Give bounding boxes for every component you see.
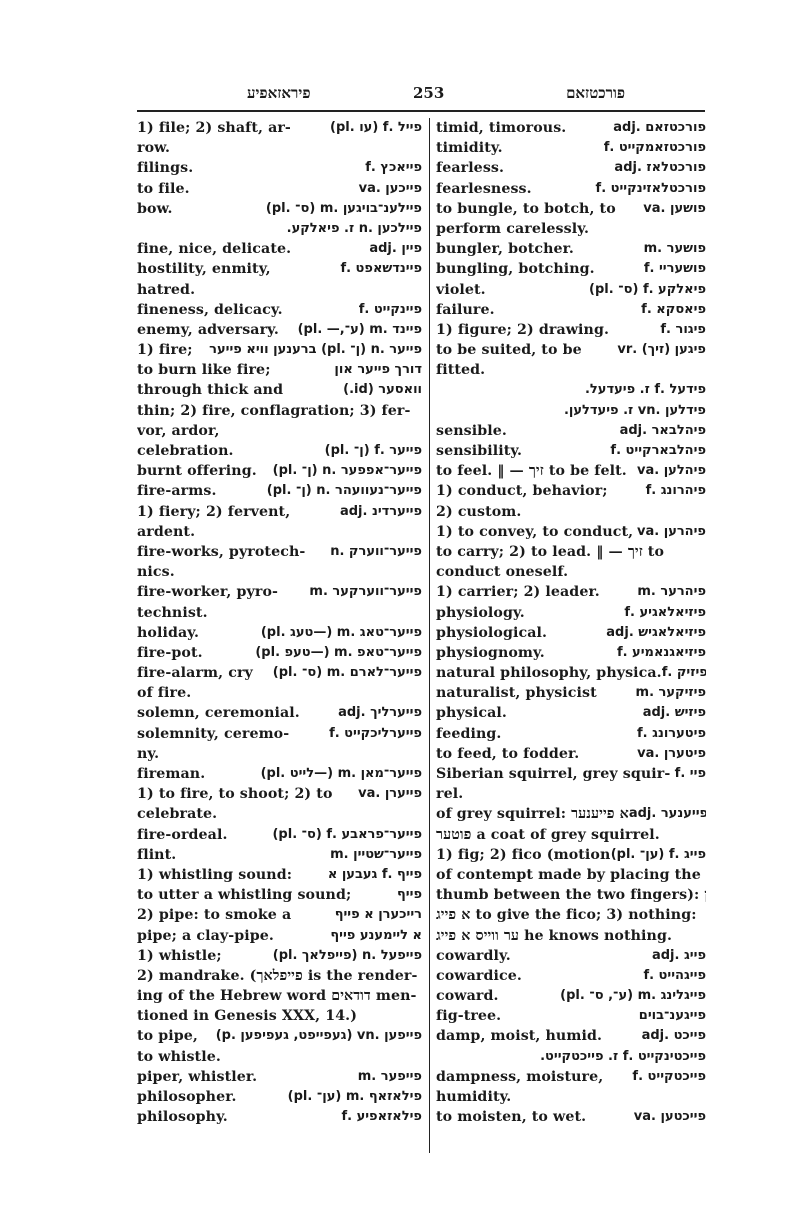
yiddish-headword: פיזיאלאגיע .f <box>624 603 706 623</box>
yiddish-headword: פייפער .m <box>358 1067 422 1087</box>
english-gloss: burnt offering. <box>137 461 257 481</box>
yiddish-headword: פיזיאגנאמיע .f <box>617 643 706 663</box>
dictionary-entry-line: violet.פיאלקע .f (ס־ .pl) <box>436 280 706 300</box>
english-gloss: physical. <box>436 703 507 723</box>
yiddish-headword: פייער־נעוועהר .n (ן־ .pl) <box>267 481 422 501</box>
english-gloss: 1) to convey, to conduct, <box>436 522 633 542</box>
yiddish-headword: פייער־פראבע .f (ס־ .pl) <box>272 825 422 845</box>
english-gloss: philosopher. <box>137 1087 237 1107</box>
dictionary-entry-line: 2) custom. <box>436 502 706 522</box>
yiddish-headword: פיזיש .adj <box>643 703 706 723</box>
dictionary-entry-line: 1) to fire, to shoot; 2) toפייערן .va <box>137 784 422 804</box>
english-gloss: damp, moist, humid. <box>436 1026 602 1046</box>
dictionary-entry-line: celebrate. <box>137 804 422 824</box>
dictionary-entry-line: feeding.פיטערונג .f <box>436 724 706 744</box>
yiddish-headword: פיינד .m (ע־,— .pl) <box>298 320 422 340</box>
right-running-head: פורכטזאם <box>566 84 625 103</box>
yiddish-headword: פייער־ווערקער .m <box>309 582 422 602</box>
dictionary-entry-line: flint.פייער־שטיין .m <box>137 845 422 865</box>
page-header: פיראזאפיע 253 פורכטזאם <box>137 84 705 108</box>
yiddish-headword: פייגענ־בוים <box>639 1006 706 1026</box>
yiddish-headword: וואסער (id.) <box>343 380 422 400</box>
yiddish-headword: פיהלבארקייט .f <box>610 441 706 461</box>
dictionary-entry-line: through thick andוואסער (id.) <box>137 380 422 400</box>
dictionary-entry-line: of grey squirrel: א פייענערפייענער .adj <box>436 804 706 824</box>
english-gloss: 1) to fire, to shoot; 2) to <box>137 784 333 804</box>
yiddish-headword: פייג .adj <box>652 946 706 966</box>
english-gloss: bungler, botcher. <box>436 239 574 259</box>
page-number: 253 <box>413 84 444 102</box>
column-divider <box>429 118 430 1153</box>
english-gloss: failure. <box>436 300 495 320</box>
left-running-head: פיראזאפיע <box>247 84 311 103</box>
dictionary-entry-line: 1) file; 2) shaft, ar-פייל .f (עו .pl) <box>137 118 422 138</box>
yiddish-headword: פידעל .f ז. פיעדעל. <box>585 380 706 400</box>
yiddish-headword: פייכטינקייט .f ז. פייכטקייט. <box>540 1047 706 1067</box>
yiddish-headword: פייערן .va <box>358 784 422 804</box>
yiddish-headword: רייכערן א פייף <box>335 905 422 925</box>
english-gloss: 1) fire; <box>137 340 193 360</box>
dictionary-entry-line: of fire. <box>137 683 422 703</box>
english-gloss: solemn, ceremonial. <box>137 703 300 723</box>
dictionary-entry-line: fig-tree.פייגענ־בוים <box>436 1006 706 1026</box>
dictionary-entry-line: fearless.פורכטלאז .adj <box>436 158 706 178</box>
english-gloss: cowardly. <box>436 946 511 966</box>
dictionary-entry-line: fine, nice, delicate.פיין .adj <box>137 239 422 259</box>
english-gloss: to feed, to fodder. <box>436 744 579 764</box>
dictionary-entry-line: ing of the Hebrew word דודאים men- <box>137 986 422 1006</box>
dictionary-entry-line: nics. <box>137 562 422 582</box>
english-gloss: fire-alarm, cry <box>137 663 253 683</box>
dictionary-entry-line: filings.פייאכץ .f <box>137 158 422 178</box>
yiddish-headword: פיינקייט .f <box>359 300 422 320</box>
english-gloss: to bungle, to botch, to <box>436 199 616 219</box>
dictionary-entry-line: fire-ordeal.פייער־פראבע .f (ס־ .pl) <box>137 825 422 845</box>
right-column: timid, timorous.פורכטזאם .adjtimidity.פו… <box>436 118 706 1127</box>
english-gloss: conduct oneself. <box>436 562 568 582</box>
yiddish-headword: פייפען .vn (געפייפט, געפיפען .p) <box>216 1026 422 1046</box>
dictionary-entry-line: philosopher.פילאזאף .m (ען־ .pl) <box>137 1087 422 1107</box>
yiddish-headword: פיילענ־בויגען .m (ס־ .pl) <box>266 199 422 219</box>
english-gloss: of fire. <box>137 683 191 703</box>
dictionary-entry-line: ardent. <box>137 522 422 542</box>
yiddish-headword: פורכטזאמקייט .f <box>604 138 706 158</box>
dictionary-entry-line: fire-arms.פייער־נעוועהר .n (ן־ .pl) <box>137 481 422 501</box>
dictionary-entry-line: to be suited, to beפיגען (זיך) .vr <box>436 340 706 360</box>
english-gloss: fearless. <box>436 158 504 178</box>
dictionary-entry-line: to moisten, to wet.פייכטען .va <box>436 1107 706 1127</box>
english-gloss: feeding. <box>436 724 501 744</box>
dictionary-entry-line: to burn like fire;דורך פייער און <box>137 360 422 380</box>
yiddish-headword: פושען .va <box>643 199 706 219</box>
dictionary-entry-line: solemn, ceremonial.פייערליך .adj <box>137 703 422 723</box>
dictionary-entry-line: to file.פייכען .va <box>137 179 422 199</box>
yiddish-headword: פייף <box>397 885 422 905</box>
english-gloss: natural philosophy, physica. <box>436 663 662 683</box>
english-gloss: 1) whistling sound: <box>137 865 292 885</box>
dictionary-entry-line: fire-pot.פייער־טאפ .m (—טעפ .pl) <box>137 643 422 663</box>
dictionary-entry-line: fire-worker, pyro-פייער־ווערקער .m <box>137 582 422 602</box>
english-gloss: physiological. <box>436 623 547 643</box>
english-gloss: to moisten, to wet. <box>436 1107 586 1127</box>
english-gloss: of grey squirrel: א פייענער <box>436 804 629 824</box>
dictionary-entry-line: to feel. ‖ — זיך to be felt.פיהלען .va <box>436 461 706 481</box>
dictionary-entry-line: timidity.פורכטזאמקייט .f <box>436 138 706 158</box>
dictionary-entry-line: 1) whistle;פייפעל .n (פייפלאך .pl) <box>137 946 422 966</box>
dictionary-page: פיראזאפיע 253 פורכטזאם 1) file; 2) shaft… <box>0 0 788 1217</box>
dictionary-entry-line: sensible.פיהלבאר .adj <box>436 421 706 441</box>
yiddish-headword: פייאכץ .f <box>365 158 422 178</box>
english-gloss: solemnity, ceremo- <box>137 724 289 744</box>
dictionary-entry-line: natural philosophy, physica.פיזיק .f <box>436 663 706 683</box>
dictionary-entry-line: 1) fire;פייער .n (ן־ .pl) ברענען וויא פי… <box>137 340 422 360</box>
yiddish-headword: פייגהייט .f <box>643 966 706 986</box>
yiddish-headword: פיאלקע .f (ס־ .pl) <box>589 280 706 300</box>
dictionary-entry-line: to whistle. <box>137 1047 422 1067</box>
yiddish-headword: פיטערונג .f <box>637 724 706 744</box>
yiddish-headword: פיהלען .va <box>637 461 706 481</box>
dictionary-entry-line: thin; 2) fire, conflagration; 3) fer- <box>137 401 422 421</box>
english-gloss: pipe; a clay-pipe. <box>137 926 274 946</box>
yiddish-headword: פייף .f געבען א <box>328 865 422 885</box>
dictionary-entry-line: fire-works, pyrotech-פייער־ווערק .n <box>137 542 422 562</box>
yiddish-headword: דורך פייער און <box>334 360 422 380</box>
english-gloss: physiognomy. <box>436 643 545 663</box>
dictionary-entry-line: 1) whistling sound:פייף .f געבען א <box>137 865 422 885</box>
dictionary-entry-line: humidity. <box>436 1087 706 1107</box>
english-gloss: naturalist, physicist <box>436 683 597 703</box>
english-gloss: ardent. <box>137 522 195 542</box>
yiddish-headword: פורכטלאזינקייט .f <box>596 179 706 199</box>
dictionary-entry-line: פידעל .f ז. פיעדעל. <box>436 380 706 400</box>
yiddish-headword: א ליימענע פייף <box>330 926 422 946</box>
yiddish-headword: פייער־טאפ .m (—טעפ .pl) <box>255 643 422 663</box>
dictionary-entry-line: 1) fig; 2) fico (motionפייג .f (ען־ .pl) <box>436 845 706 865</box>
english-gloss: humidity. <box>436 1087 511 1107</box>
dictionary-entry-line: thumb between the two fingers): געבען <box>436 885 706 905</box>
dictionary-entry-line: 1) to convey, to conduct,פיהרען .va <box>436 522 706 542</box>
yiddish-headword: פייער־אפפער .n (ן־ .pl) <box>273 461 422 481</box>
yiddish-headword: פיין .adj <box>369 239 422 259</box>
dictionary-entry-line: פייכטינקייט .f ז. פייכטקייט. <box>436 1047 706 1067</box>
dictionary-entry-line: burnt offering.פייער־אפפער .n (ן־ .pl) <box>137 461 422 481</box>
yiddish-headword: פייכט .adj <box>642 1026 706 1046</box>
yiddish-headword: פורכטלאז .adj <box>614 158 706 178</box>
yiddish-headword: פייער .n (ן־ .pl) ברענען וויא פייער <box>209 340 422 360</box>
dictionary-entry-line: bow.פיילענ־בויגען .m (ס־ .pl) <box>137 199 422 219</box>
english-gloss: perform carelessly. <box>436 219 589 239</box>
english-gloss: fire-arms. <box>137 481 217 501</box>
yiddish-headword: פייער־לארם .m (ס־ .pl) <box>273 663 422 683</box>
yiddish-headword: פיהרונג .f <box>646 481 706 501</box>
english-gloss: to carry; 2) to lead. ‖ — זיך to <box>436 542 664 562</box>
dictionary-entry-line: solemnity, ceremo-פייערליכקייט .f <box>137 724 422 744</box>
yiddish-headword: פייגלינג .m (ע־, ס־ .pl) <box>560 986 706 1006</box>
dictionary-entry-line: physical.פיזיש .adj <box>436 703 706 723</box>
dictionary-entry-line: פיילכען .n ז. פיאלקע. <box>137 219 422 239</box>
english-gloss: timidity. <box>436 138 503 158</box>
dictionary-entry-line: 2) pipe: to smoke aרייכערן א פייף <box>137 905 422 925</box>
yiddish-headword: פייג .f (ען־ .pl) <box>611 845 706 865</box>
english-gloss: fearlesness. <box>436 179 532 199</box>
dictionary-entry-line: row. <box>137 138 422 158</box>
english-gloss: through thick and <box>137 380 283 400</box>
yiddish-headword: פילאזאפיע .f <box>341 1107 422 1127</box>
english-gloss: nics. <box>137 562 175 582</box>
dictionary-entry-line: vor, ardor, <box>137 421 422 441</box>
dictionary-entry-line: coward.פייגלינג .m (ע־, ס־ .pl) <box>436 986 706 1006</box>
english-gloss: physiology. <box>436 603 525 623</box>
yiddish-headword: פידלען .vn ז. פיעדלען. <box>564 401 706 421</box>
yiddish-headword: פיאסקא .f <box>641 300 706 320</box>
yiddish-headword: פושעריי .f <box>644 259 706 279</box>
dictionary-entry-line: fearlesness.פורכטלאזינקייט .f <box>436 179 706 199</box>
dictionary-entry-line: 1) fiery; 2) fervent,פייערדינ .adj <box>137 502 422 522</box>
english-gloss: fine, nice, delicate. <box>137 239 291 259</box>
dictionary-entry-line: ny. <box>137 744 422 764</box>
english-gloss: fire-works, pyrotech- <box>137 542 305 562</box>
english-gloss: fireman. <box>137 764 205 784</box>
english-gloss: 1) carrier; 2) leader. <box>436 582 600 602</box>
yiddish-headword: פייערליכקייט .f <box>329 724 422 744</box>
dictionary-entry-line: 1) conduct, behavior;פיהרונג .f <box>436 481 706 501</box>
english-gloss: ny. <box>137 744 159 764</box>
header-rule <box>137 110 705 112</box>
dictionary-entry-line: 1) carrier; 2) leader.פיהרער .m <box>436 582 706 602</box>
yiddish-headword: פושער .m <box>644 239 706 259</box>
english-gloss: to be suited, to be <box>436 340 582 360</box>
english-gloss: tioned in Genesis XXX, 14.) <box>137 1006 357 1026</box>
dictionary-entry-line: to feed, to fodder.פיטערן .va <box>436 744 706 764</box>
dictionary-entry-line: Siberian squirrel, grey squir-פיי .f <box>436 764 706 784</box>
english-gloss: fire-ordeal. <box>137 825 228 845</box>
english-gloss: sensible. <box>436 421 507 441</box>
dictionary-entry-line: philosophy.פילאזאפיע .f <box>137 1107 422 1127</box>
english-gloss: to whistle. <box>137 1047 221 1067</box>
yiddish-headword: פיהרען .va <box>637 522 706 542</box>
dictionary-entry-line: to utter a whistling sound;פייף <box>137 885 422 905</box>
dictionary-entry-line: 2) mandrake. (פייפלאך is the render- <box>137 966 422 986</box>
english-gloss: ing of the Hebrew word דודאים men- <box>137 986 416 1006</box>
dictionary-entry-line: timid, timorous.פורכטזאם .adj <box>436 118 706 138</box>
dictionary-entry-line: פוטער a coat of grey squirrel. <box>436 825 706 845</box>
yiddish-headword: פיהרער .m <box>637 582 706 602</box>
english-gloss: sensibility. <box>436 441 522 461</box>
english-gloss: hatred. <box>137 280 195 300</box>
english-gloss: 1) whistle; <box>137 946 222 966</box>
yiddish-headword: פיילכען .n ז. פיאלקע. <box>287 219 422 239</box>
yiddish-headword: פיגור .f <box>660 320 706 340</box>
yiddish-headword: פייכטען .va <box>634 1107 706 1127</box>
english-gloss: fig-tree. <box>436 1006 501 1026</box>
yiddish-headword: פייערליך .adj <box>338 703 422 723</box>
dictionary-entry-line: of contempt made by placing the <box>436 865 706 885</box>
english-gloss: violet. <box>436 280 486 300</box>
yiddish-headword: פייער־טאג .m (—טעג .pl) <box>261 623 422 643</box>
dictionary-entry-line: א פייג to give the fico; 3) nothing: <box>436 905 706 925</box>
english-gloss: fire-worker, pyro- <box>137 582 278 602</box>
yiddish-headword: פורכטזאם .adj <box>613 118 706 138</box>
english-gloss: holiday. <box>137 623 199 643</box>
english-gloss: flint. <box>137 845 176 865</box>
english-gloss: cowardice. <box>436 966 522 986</box>
yiddish-headword: פייכטקייט .f <box>632 1067 706 1087</box>
dictionary-entry-line: sensibility.פיהלבארקייט .f <box>436 441 706 461</box>
yiddish-headword: פיי .f <box>675 764 706 784</box>
dictionary-entry-line: fitted. <box>436 360 706 380</box>
yiddish-headword: פיינדשאפט .f <box>340 259 422 279</box>
english-gloss: philosophy. <box>137 1107 228 1127</box>
dictionary-entry-line: hatred. <box>137 280 422 300</box>
dictionary-entry-line: physiognomy.פיזיאגנאמיע .f <box>436 643 706 663</box>
english-gloss: coward. <box>436 986 499 1006</box>
english-gloss: dampness, moisture, <box>436 1067 603 1087</box>
english-gloss: to burn like fire; <box>137 360 271 380</box>
english-gloss: enemy, adversary. <box>137 320 279 340</box>
english-gloss: of contempt made by placing the <box>436 865 701 885</box>
english-gloss: thin; 2) fire, conflagration; 3) fer- <box>137 401 410 421</box>
dictionary-entry-line: pipe; a clay-pipe.א ליימענע פייף <box>137 926 422 946</box>
dictionary-entry-line: fineness, delicacy.פיינקייט .f <box>137 300 422 320</box>
yiddish-headword: פייפעל .n (פייפלאך .pl) <box>273 946 422 966</box>
dictionary-entry-line: to carry; 2) to lead. ‖ — זיך to <box>436 542 706 562</box>
yiddish-headword: פייער־שטיין .m <box>330 845 422 865</box>
dictionary-entry-line: piper, whistler.פייפער .m <box>137 1067 422 1087</box>
english-gloss: 1) file; 2) shaft, ar- <box>137 118 291 138</box>
dictionary-entry-line: technist. <box>137 603 422 623</box>
dictionary-entry-line: 1) figure; 2) drawing.פיגור .f <box>436 320 706 340</box>
english-gloss: Siberian squirrel, grey squir- <box>436 764 670 784</box>
english-gloss: fineness, delicacy. <box>137 300 283 320</box>
english-gloss: timid, timorous. <box>436 118 566 138</box>
dictionary-entry-line: rel. <box>436 784 706 804</box>
dictionary-entry-line: tioned in Genesis XXX, 14.) <box>137 1006 422 1026</box>
english-gloss: to file. <box>137 179 190 199</box>
english-gloss: fitted. <box>436 360 485 380</box>
english-gloss: hostility, enmity, <box>137 259 271 279</box>
yiddish-headword: פייער־ווערק .n <box>330 542 422 562</box>
english-gloss: ער ווייס א פייג he knows nothing. <box>436 926 672 946</box>
dictionary-entry-line: fireman.פייער־מאן .m (—לייט .pl) <box>137 764 422 784</box>
dictionary-entry-line: naturalist, physicistפיזיקער .m <box>436 683 706 703</box>
english-gloss: row. <box>137 138 170 158</box>
yiddish-headword: פיזיקער .m <box>636 683 706 703</box>
yiddish-headword: פילאזאף .m (ען־ .pl) <box>288 1087 422 1107</box>
dictionary-entry-line: conduct oneself. <box>436 562 706 582</box>
english-gloss: 2) pipe: to smoke a <box>137 905 291 925</box>
dictionary-entry-line: damp, moist, humid.פייכט .adj <box>436 1026 706 1046</box>
dictionary-entry-line: celebration.פייער .f (ן־ .pl) <box>137 441 422 461</box>
dictionary-entry-line: enemy, adversary.פיינד .m (ע־,— .pl) <box>137 320 422 340</box>
english-gloss: rel. <box>436 784 463 804</box>
dictionary-entry-line: to bungle, to botch, toפושען .va <box>436 199 706 219</box>
yiddish-headword: פייל .f (עו .pl) <box>330 118 422 138</box>
english-gloss: 2) custom. <box>436 502 521 522</box>
english-gloss: vor, ardor, <box>137 421 220 441</box>
dictionary-entry-line: hostility, enmity,פיינדשאפט .f <box>137 259 422 279</box>
english-gloss: to utter a whistling sound; <box>137 885 351 905</box>
dictionary-entry-line: פידלען .vn ז. פיעדלען. <box>436 401 706 421</box>
yiddish-headword: פייער־מאן .m (—לייט .pl) <box>261 764 422 784</box>
english-gloss: פוטער a coat of grey squirrel. <box>436 825 660 845</box>
dictionary-entry-line: to pipe,פייפען .vn (געפייפט, געפיפען .p) <box>137 1026 422 1046</box>
yiddish-headword: פייענער .adj <box>629 804 706 824</box>
english-gloss: א פייג to give the fico; 3) nothing: <box>436 905 697 925</box>
dictionary-entry-line: failure.פיאסקא .f <box>436 300 706 320</box>
english-gloss: technist. <box>137 603 208 623</box>
english-gloss: piper, whistler. <box>137 1067 257 1087</box>
english-gloss: filings. <box>137 158 193 178</box>
yiddish-headword: פיזיק .f <box>662 663 706 683</box>
dictionary-entry-line: dampness, moisture,פייכטקייט .f <box>436 1067 706 1087</box>
dictionary-entry-line: cowardice.פייגהייט .f <box>436 966 706 986</box>
left-column: 1) file; 2) shaft, ar-פייל .f (עו .pl)ro… <box>137 118 422 1127</box>
dictionary-entry-line: holiday.פייער־טאג .m (—טעג .pl) <box>137 623 422 643</box>
english-gloss: 1) conduct, behavior; <box>436 481 608 501</box>
english-gloss: celebration. <box>137 441 234 461</box>
english-gloss: celebrate. <box>137 804 217 824</box>
english-gloss: 1) figure; 2) drawing. <box>436 320 609 340</box>
dictionary-entry-line: physiological.פיזיאלאגיש .adj <box>436 623 706 643</box>
dictionary-entry-line: bungling, botching.פושעריי .f <box>436 259 706 279</box>
yiddish-headword: פייערדינ .adj <box>340 502 422 522</box>
dictionary-entry-line: fire-alarm, cryפייער־לארם .m (ס־ .pl) <box>137 663 422 683</box>
english-gloss: thumb between the two fingers): געבען <box>436 885 706 905</box>
yiddish-headword: פיזיאלאגיש .adj <box>606 623 706 643</box>
yiddish-headword: פיהלבאר .adj <box>620 421 706 441</box>
dictionary-entry-line: bungler, botcher.פושער .m <box>436 239 706 259</box>
english-gloss: bow. <box>137 199 173 219</box>
dictionary-entry-line: physiology.פיזיאלאגיע .f <box>436 603 706 623</box>
english-gloss: 1) fiery; 2) fervent, <box>137 502 290 522</box>
dictionary-entry-line: cowardly.פייג .adj <box>436 946 706 966</box>
english-gloss: to feel. ‖ — זיך to be felt. <box>436 461 627 481</box>
yiddish-headword: פיגען (זיך) .vr <box>617 340 706 360</box>
yiddish-headword: פייער .f (ן־ .pl) <box>325 441 422 461</box>
english-gloss: 1) fig; 2) fico (motion <box>436 845 610 865</box>
english-gloss: fire-pot. <box>137 643 203 663</box>
dictionary-entry-line: ער ווייס א פייג he knows nothing. <box>436 926 706 946</box>
dictionary-entry-line: perform carelessly. <box>436 219 706 239</box>
yiddish-headword: פיטערן .va <box>637 744 706 764</box>
yiddish-headword: פייכען .va <box>359 179 422 199</box>
english-gloss: 2) mandrake. (פייפלאך is the render- <box>137 966 418 986</box>
english-gloss: bungling, botching. <box>436 259 595 279</box>
english-gloss: to pipe, <box>137 1026 198 1046</box>
